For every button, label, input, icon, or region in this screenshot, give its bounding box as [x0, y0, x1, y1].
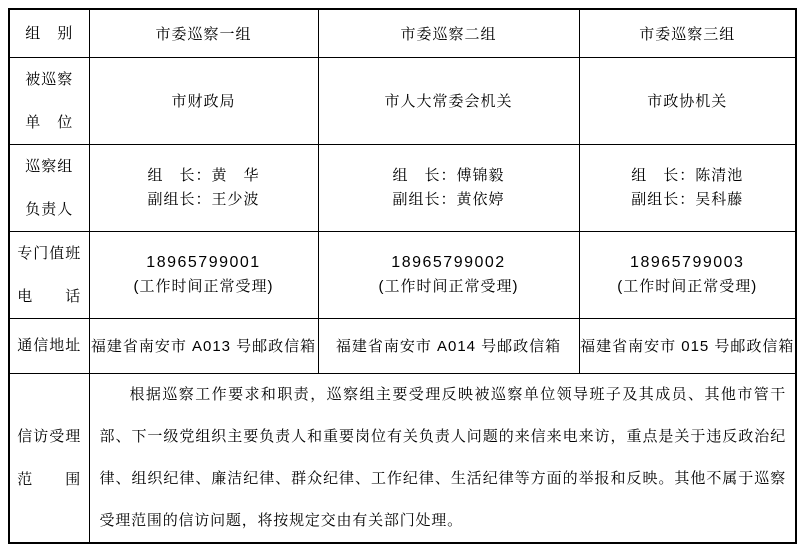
- petition-scope-label-line2: 范 围: [10, 458, 89, 501]
- team-leaders-label-line1: 巡察组: [10, 145, 89, 188]
- group-cell-1: 市委巡察一组: [89, 9, 318, 57]
- inspected-unit-row-label: 被巡察 单 位: [9, 57, 89, 144]
- petition-scope-label-line1: 信访受理: [10, 415, 89, 458]
- inspected-unit-row: 被巡察 单 位 市财政局 市人大常委会机关 市政协机关: [9, 57, 796, 144]
- team-leaders-cell-1: 组 长：黄 华 副组长：王少波: [89, 144, 318, 231]
- mailing-address-cell-3: 福建省南安市 015 号邮政信箱: [579, 318, 796, 373]
- mailing-address-row-label: 通信地址: [9, 318, 89, 373]
- deputy-leader-name-1: 副组长：王少波: [90, 188, 318, 212]
- duty-phone-cell-2: 18965799002 (工作时间正常受理): [318, 231, 579, 318]
- team-leaders-row-label: 巡察组 负责人: [9, 144, 89, 231]
- group-row: 组 别 市委巡察一组 市委巡察二组 市委巡察三组: [9, 9, 796, 57]
- leader-name-1: 组 长：黄 华: [90, 164, 318, 188]
- phone-note-3: (工作时间正常受理): [580, 275, 796, 299]
- deputy-leader-name-3: 副组长：吴科藤: [580, 188, 796, 212]
- inspection-info-table: 组 别 市委巡察一组 市委巡察二组 市委巡察三组 被巡察 单 位 市财政局 市人…: [8, 8, 797, 544]
- leader-name-2: 组 长：傅锦毅: [319, 164, 579, 188]
- deputy-leader-name-2: 副组长：黄依婷: [319, 188, 579, 212]
- petition-scope-cell: 根据巡察工作要求和职责，巡察组主要受理反映被巡察单位领导班子及其成员、其他市管干…: [89, 373, 796, 543]
- group-row-label: 组 别: [9, 9, 89, 57]
- inspected-unit-cell-2: 市人大常委会机关: [318, 57, 579, 144]
- duty-phone-cell-3: 18965799003 (工作时间正常受理): [579, 231, 796, 318]
- petition-scope-row-label: 信访受理 范 围: [9, 373, 89, 543]
- duty-phone-cell-1: 18965799001 (工作时间正常受理): [89, 231, 318, 318]
- petition-scope-row: 信访受理 范 围 根据巡察工作要求和职责，巡察组主要受理反映被巡察单位领导班子及…: [9, 373, 796, 543]
- inspected-unit-cell-1: 市财政局: [89, 57, 318, 144]
- team-leaders-row: 巡察组 负责人 组 长：黄 华 副组长：王少波 组 长：傅锦毅 副组长：黄依婷 …: [9, 144, 796, 231]
- duty-phone-row: 专门值班 电 话 18965799001 (工作时间正常受理) 18965799…: [9, 231, 796, 318]
- group-row-label-text: 组 别: [10, 12, 89, 55]
- mailing-address-label-text: 通信地址: [10, 324, 89, 367]
- phone-number-3: 18965799003: [580, 251, 796, 275]
- phone-note-2: (工作时间正常受理): [319, 275, 579, 299]
- team-leaders-cell-3: 组 长：陈清池 副组长：吴科藤: [579, 144, 796, 231]
- inspected-unit-label-line2: 单 位: [10, 101, 89, 144]
- duty-phone-label-line1: 专门值班: [10, 232, 89, 275]
- mailing-address-row: 通信地址 福建省南安市 A013 号邮政信箱 福建省南安市 A014 号邮政信箱…: [9, 318, 796, 373]
- team-leaders-label-line2: 负责人: [10, 188, 89, 231]
- group-cell-3: 市委巡察三组: [579, 9, 796, 57]
- mailing-address-cell-1: 福建省南安市 A013 号邮政信箱: [89, 318, 318, 373]
- phone-note-1: (工作时间正常受理): [90, 275, 318, 299]
- petition-scope-paragraph: 根据巡察工作要求和职责，巡察组主要受理反映被巡察单位领导班子及其成员、其他市管干…: [100, 374, 787, 542]
- phone-number-2: 18965799002: [319, 251, 579, 275]
- leader-name-3: 组 长：陈清池: [580, 164, 796, 188]
- mailing-address-cell-2: 福建省南安市 A014 号邮政信箱: [318, 318, 579, 373]
- team-leaders-cell-2: 组 长：傅锦毅 副组长：黄依婷: [318, 144, 579, 231]
- inspected-unit-cell-3: 市政协机关: [579, 57, 796, 144]
- inspected-unit-label-line1: 被巡察: [10, 58, 89, 101]
- duty-phone-row-label: 专门值班 电 话: [9, 231, 89, 318]
- group-cell-2: 市委巡察二组: [318, 9, 579, 57]
- phone-number-1: 18965799001: [90, 251, 318, 275]
- duty-phone-label-line2: 电 话: [10, 275, 89, 318]
